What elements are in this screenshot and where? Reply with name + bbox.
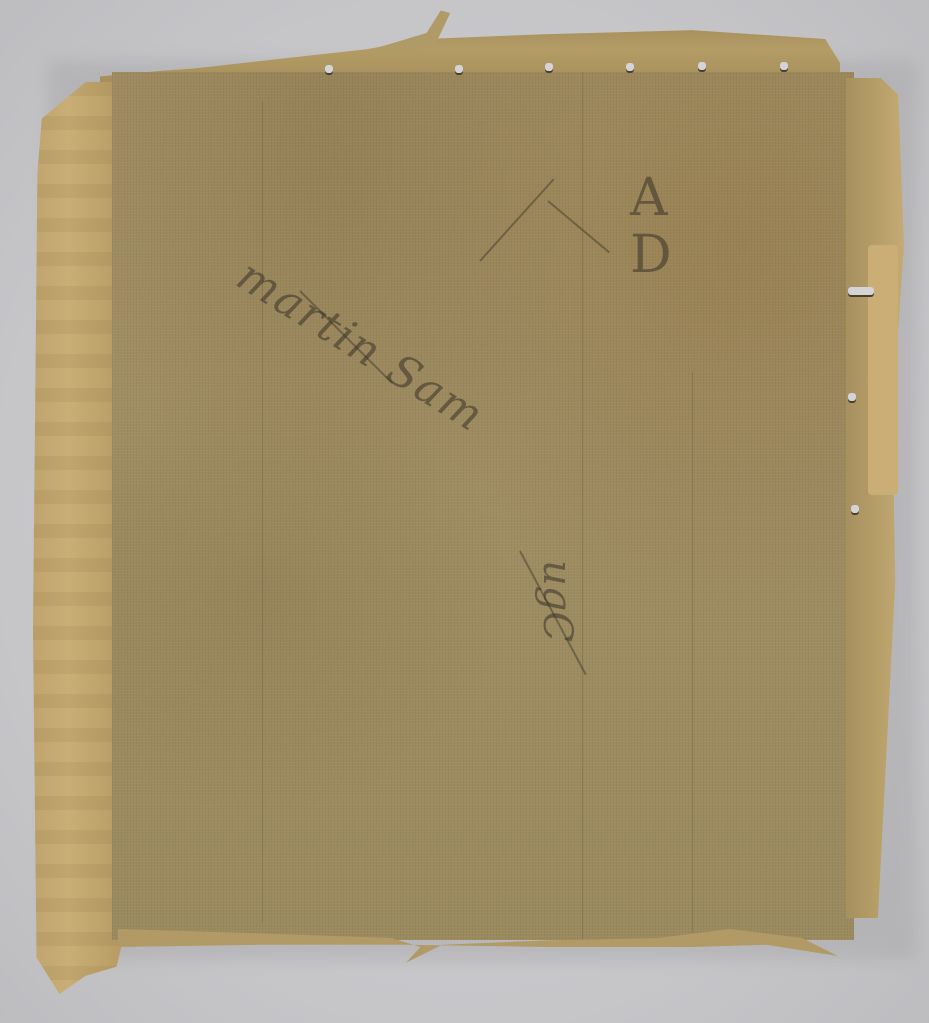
tack-hole [626, 63, 634, 73]
left-turnover-edge [33, 82, 121, 994]
vertical-crease [692, 372, 693, 932]
tack-hole [698, 62, 706, 72]
vertical-crease [262, 102, 263, 922]
tack-hole [545, 63, 553, 73]
tack-hole [848, 393, 856, 403]
tack-hole [848, 287, 874, 297]
tack-hole [325, 65, 333, 75]
tack-hole [780, 62, 788, 72]
vertical-crease [582, 72, 583, 940]
pencil-inscription-mark: ugC [534, 560, 580, 642]
right-torn-flap [868, 245, 898, 495]
tack-hole [455, 65, 463, 75]
pencil-inscription-initials: A D [630, 170, 672, 284]
tack-hole [851, 505, 859, 515]
canvas-reverse [112, 72, 854, 940]
